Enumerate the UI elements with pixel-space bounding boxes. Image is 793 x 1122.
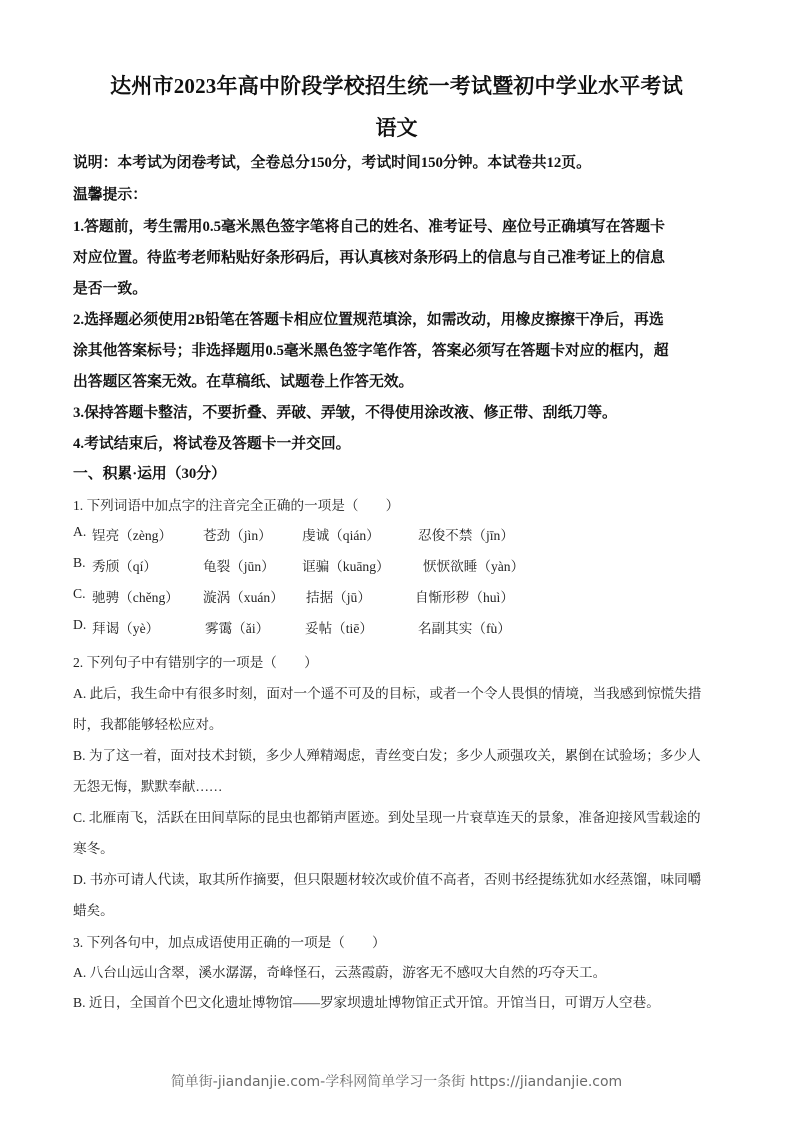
option-label: C. <box>73 586 85 602</box>
question-3-option-b: B. 近日，全国首个巴文化遗址博物馆——罗家坝遗址博物馆正式开馆。开馆当日，可谓… <box>73 991 660 1011</box>
exam-page: 达州市2023年高中阶段学校招生统一考试暨初中学业水平考试 语文 说明：本考试为… <box>0 0 793 1122</box>
option-item: 苍劲（jìn） <box>203 524 272 544</box>
question-2-option-d-line-2: 蜡矣。 <box>73 899 114 919</box>
tip-2-line-1: 2.选择题必须使用2B铅笔在答题卡相应位置规范填涂，如需改动，用橡皮擦擦干净后，… <box>73 308 664 329</box>
tip-3: 3.保持答题卡整洁，不要折叠、弄破、弄皱，不得使用涂改液、修正带、刮纸刀等。 <box>73 401 617 422</box>
question-2-option-d-line-1: D. 书亦可请人代读，取其所作摘要，但只限题材较次或价值不高者，否则书经提练犹如… <box>73 868 701 888</box>
tip-2-line-3: 出答题区答案无效。在草稿纸、试题卷上作答无效。 <box>73 370 413 391</box>
option-item: 名副其实（fù） <box>418 617 511 637</box>
option-label: A. <box>73 524 86 540</box>
tip-1-line-1: 1.答题前，考生需用0.5毫米黑色签字笔将自己的姓名、准考证号、座位号正确填写在… <box>73 215 665 236</box>
subject-title: 语文 <box>0 112 793 142</box>
option-label: B. <box>73 555 85 571</box>
tips-heading: 温馨提示： <box>73 183 147 204</box>
question-2-option-a-line-2: 时，我都能够轻松应对。 <box>73 713 223 733</box>
question-2-option-a-line-1: A. 此后，我生命中有很多时刻，面对一个遥不可及的目标，或者一个令人畏惧的情境，… <box>73 682 701 702</box>
option-item: 自惭形秽（huì） <box>415 586 514 606</box>
option-item: 忍俊不禁（jīn） <box>418 524 514 544</box>
option-item: 龟裂（jūn） <box>203 555 275 575</box>
option-label: D. <box>73 617 86 633</box>
option-item: 拮据（jū） <box>306 586 371 606</box>
question-3-option-a: A. 八台山远山含翠，溪水潺潺，奇峰怪石，云蒸霞蔚，游客无不感叹大自然的巧夺天工… <box>73 961 606 981</box>
question-2-option-b-line-2: 无怨无悔，默默奉献…… <box>73 775 223 795</box>
tip-1-line-2: 对应位置。待监考老师粘贴好条形码后，再认真核对条形码上的信息与自己准考证上的信息 <box>73 246 665 267</box>
option-item: 漩涡（xuán） <box>203 586 284 606</box>
exam-instructions: 说明：本考试为闭卷考试，全卷总分150分，考试时间150分钟。本试卷共12页。 <box>73 151 591 172</box>
question-2-option-c-line-1: C. 北雁南飞，活跃在田间草际的昆虫也都销声匿迹。到处呈现一片衰草连天的景象，准… <box>73 806 701 826</box>
question-2-stem: 2. 下列句子中有错别字的一项是（ ） <box>73 651 318 671</box>
exam-title: 达州市2023年高中阶段学校招生统一考试暨初中学业水平考试 <box>0 70 793 100</box>
tip-4: 4.考试结束后，将试卷及答题卡一并交回。 <box>73 432 350 453</box>
option-item: 妥帖（tiē） <box>305 617 373 637</box>
tip-2-line-2: 涂其他答案标号；非选择题用0.5毫米黑色签字笔作答，答案必须写在答题卡对应的框内… <box>73 339 669 360</box>
question-2-option-b-line-1: B. 为了这一着，面对技术封锁，多少人殚精竭虑，青丝变白发；多少人顽强攻关，累倒… <box>73 744 701 764</box>
option-item: 锃亮（zèng） <box>92 524 172 544</box>
option-item: 秀颀（qí） <box>92 555 157 575</box>
option-item: 恹恹欲睡（yàn） <box>423 555 524 575</box>
question-1-stem: 1. 下列词语中加点字的注音完全正确的一项是（ ） <box>73 494 399 514</box>
question-2-option-c-line-2: 寒冬。 <box>73 837 114 857</box>
option-item: 诓骗（kuāng） <box>302 555 390 575</box>
option-item: 雾霭（ǎi） <box>205 617 269 637</box>
option-item: 驰骋（chěng） <box>92 586 179 606</box>
option-item: 拜谒（yè） <box>92 617 159 637</box>
footer-watermark: 简单街-jiandanjie.com-学科网简单学习一条街 https://ji… <box>0 1071 793 1091</box>
tip-1-line-3: 是否一致。 <box>73 277 147 298</box>
section-heading: 一、积累·运用（30分） <box>73 462 226 483</box>
option-item: 虔诚（qián） <box>302 524 380 544</box>
question-3-stem: 3. 下列各句中，加点成语使用正确的一项是（ ） <box>73 931 386 951</box>
